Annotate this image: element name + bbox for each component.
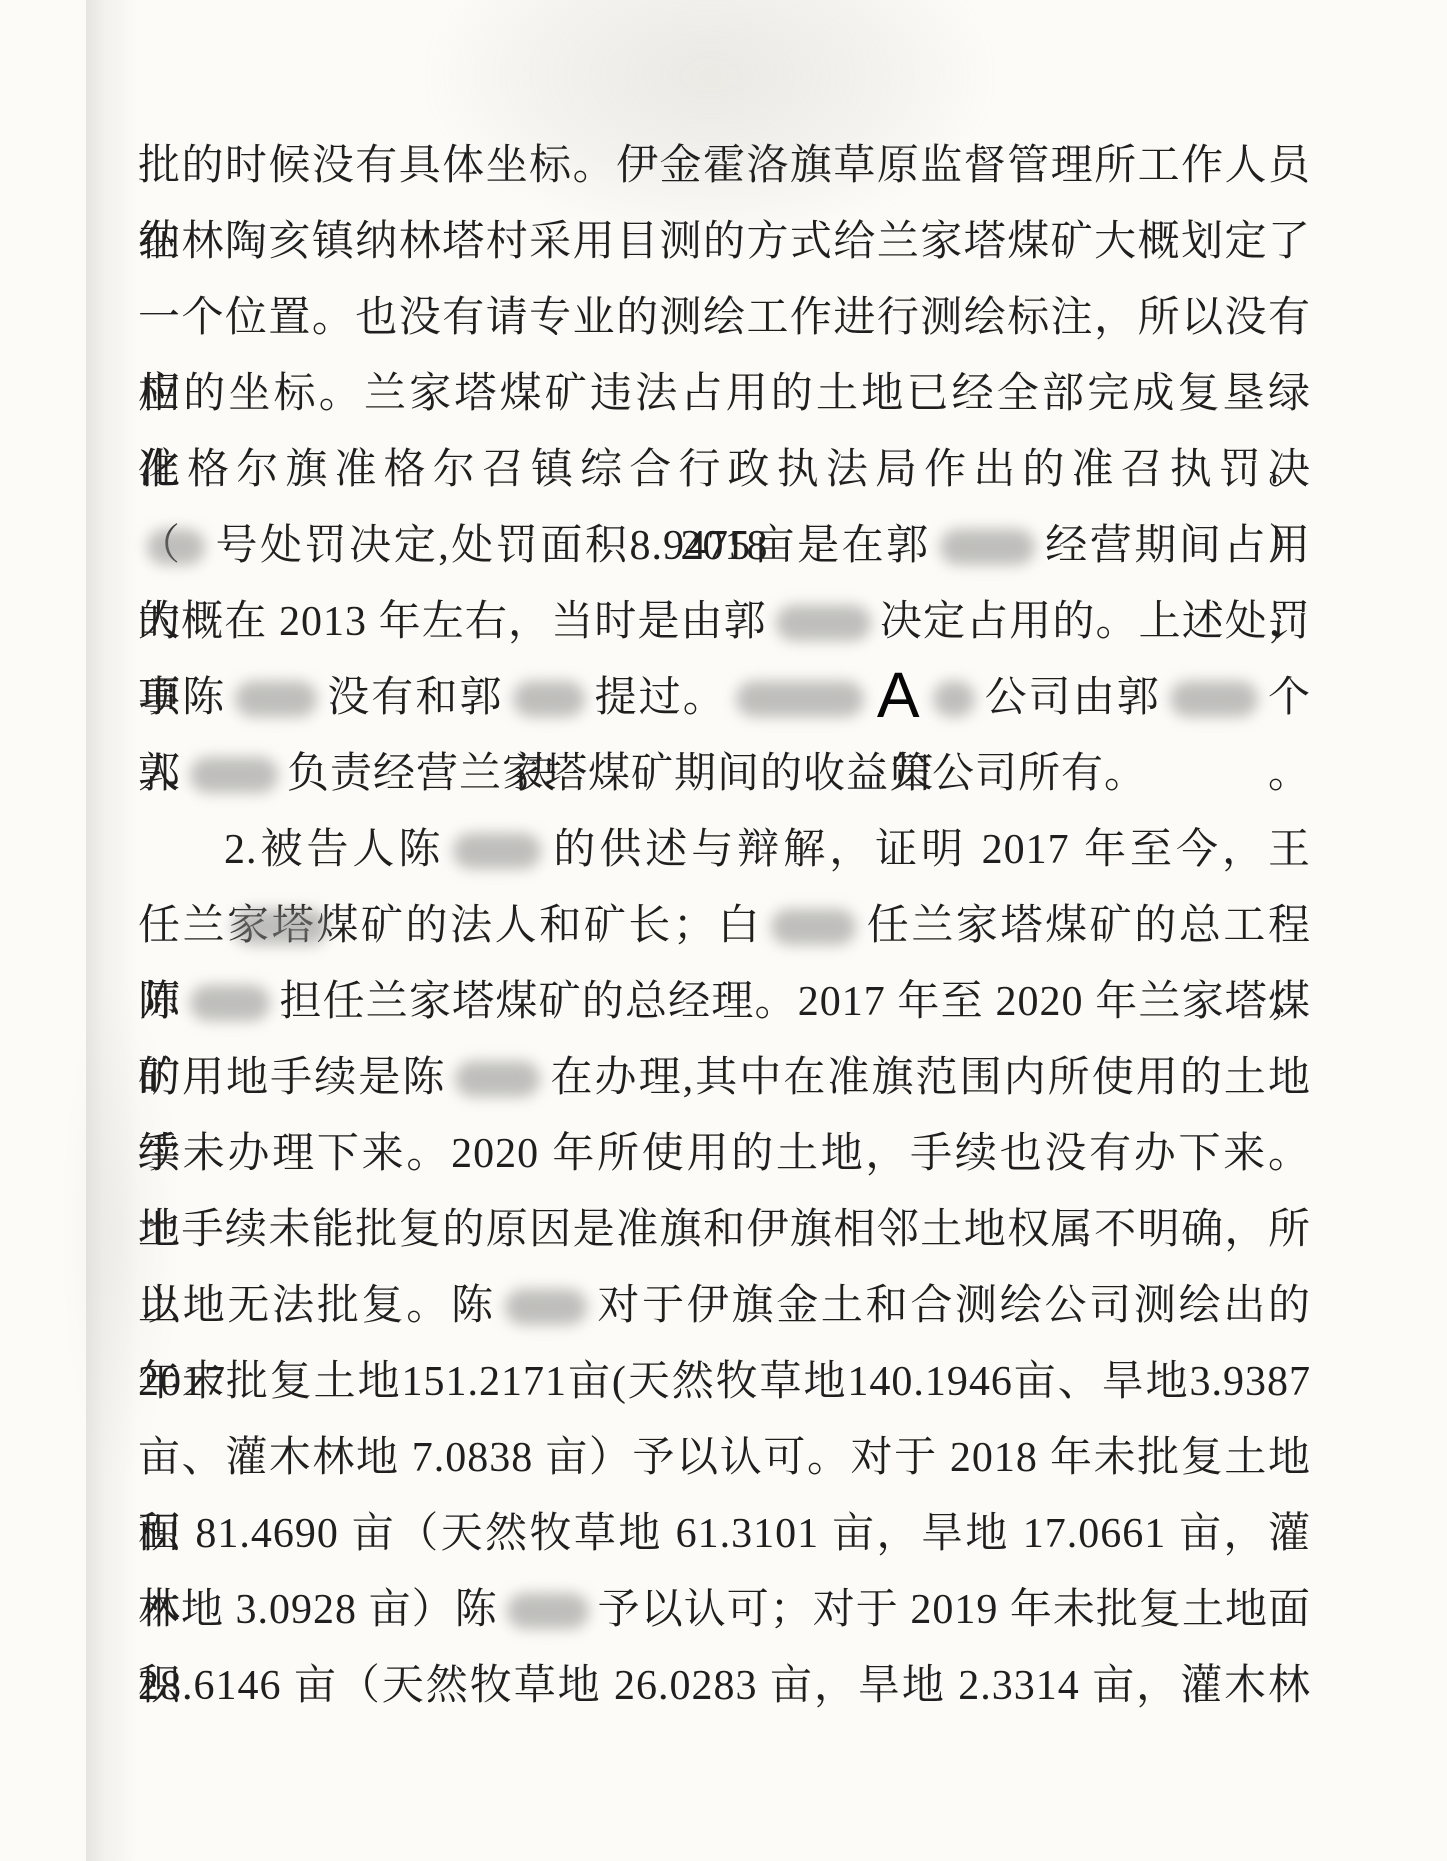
text-segment: 的用地手续是陈 <box>138 1055 446 1101</box>
redaction-blur <box>455 1061 540 1097</box>
redaction-blur <box>505 1289 587 1325</box>
text-line: 一个位置。也没有请专业的测绘工作进行测绘标注，所以没有相 <box>138 280 1311 356</box>
redaction-blur <box>147 529 205 565</box>
redaction-blur <box>933 681 975 717</box>
text-segment: 的供述与辩解，证明 2017 年至今，王 <box>550 827 1311 873</box>
text-line: 准格尔旗准格尔召镇综合行政执法局作出的准召执罚决（2018） <box>138 432 1311 508</box>
text-line: 项陈没有和郭提过。A公司由郭个人决策。 <box>138 660 1311 736</box>
text-line: 积 81.4690 亩（天然牧草地 61.3101 亩，旱地 17.0661 亩… <box>138 1496 1311 1572</box>
text-line: 郭负责经营兰家塔煤矿期间的收益归公司所有。 <box>138 736 1311 812</box>
text-segment: 年未批复土地151.2171亩(天然牧草地140.1946亩、旱地3.9387 <box>138 1359 1311 1405</box>
text-segment: 28.6146 亩（天然牧草地 26.0283 亩，旱地 2.3314 亩，灌木… <box>138 1663 1311 1709</box>
text-line: 应的坐标。兰家塔煤矿违法占用的土地已经全部完成复垦绿化。 <box>138 356 1311 432</box>
text-segment: 任兰家塔煤矿的法人和矿长；白 <box>138 903 762 949</box>
redaction-blur <box>453 833 541 869</box>
annotation-marker-a: A <box>873 659 924 731</box>
redaction-blur <box>235 681 317 717</box>
text-line: 号处罚决定,处罚面积8.9475亩是在郭经营期间占用的， <box>138 508 1311 584</box>
text-line: 年未批复土地151.2171亩(天然牧草地140.1946亩、旱地3.9387 <box>138 1344 1311 1420</box>
text-segment: 陈 <box>138 979 181 1025</box>
text-segment: 公司由郭 <box>984 675 1161 721</box>
redaction-blur <box>940 529 1035 565</box>
redaction-blur <box>1170 681 1258 717</box>
text-segment: 大概在 2013 年左右，当时是由郭 <box>138 599 767 645</box>
redaction-blur <box>190 757 278 793</box>
scanned-document-page: 批的时候没有具体坐标。伊金霍洛旗草原监督管理所工作人员在纳林陶亥镇纳林塔村采用目… <box>0 0 1447 1861</box>
redaction-blur <box>507 1593 589 1629</box>
text-line: 陈担任兰家塔煤矿的总经理。2017 年至 2020 年兰家塔煤矿 <box>138 964 1311 1040</box>
text-segment: 号处罚决定,处罚面积8.9475亩是在郭 <box>214 523 931 569</box>
text-line: 续未办理下来。2020 年所使用的土地，手续也没有办下来。土 <box>138 1116 1311 1192</box>
text-line: 28.6146 亩（天然牧草地 26.0283 亩，旱地 2.3314 亩，灌木… <box>138 1648 1311 1724</box>
redaction-blur <box>736 681 864 717</box>
redaction-blur <box>233 909 328 945</box>
text-line: 土地无法批复。陈对于伊旗金土和合测绘公司测绘出的2017 <box>138 1268 1311 1344</box>
redaction-blur <box>513 681 585 717</box>
text-line: 亩、灌木林地 7.0838 亩）予以认可。对于 2018 年未批复土地面 <box>138 1420 1311 1496</box>
text-segment: 负责经营兰家塔煤矿期间的收益归公司所有。 <box>287 751 1147 797</box>
text-line: 批的时候没有具体坐标。伊金霍洛旗草原监督管理所工作人员在 <box>138 128 1311 204</box>
text-segment: 林地 3.0928 亩）陈 <box>138 1587 498 1633</box>
redaction-blur <box>190 985 270 1021</box>
text-segment: 项陈 <box>138 675 226 721</box>
text-segment: 没有和郭 <box>326 675 503 721</box>
text-segment: 郭 <box>138 751 181 797</box>
text-line: 纳林陶亥镇纳林塔村采用目测的方式给兰家塔煤矿大概划定了 <box>138 204 1311 280</box>
text-segment: 纳林陶亥镇纳林塔村采用目测的方式给兰家塔煤矿大概划定了 <box>138 219 1311 265</box>
text-line: 的用地手续是陈在办理,其中在准旗范围内所使用的土地手 <box>138 1040 1311 1116</box>
text-line: 大概在 2013 年左右，当时是由郭决定占用的。上述处罚事 <box>138 584 1311 660</box>
text-segment: 提过。 <box>594 675 727 721</box>
text-line: 2.被告人陈的供述与辩解，证明 2017 年至今，王 <box>138 812 1311 888</box>
document-body: 批的时候没有具体坐标。伊金霍洛旗草原监督管理所工作人员在纳林陶亥镇纳林塔村采用目… <box>138 128 1311 1724</box>
text-line: 林地 3.0928 亩）陈予以认可；对于 2019 年未批复土地面积 <box>138 1572 1311 1648</box>
scan-edge-shadow <box>86 0 138 1861</box>
redaction-blur <box>771 909 856 945</box>
text-segment: 2.被告人陈 <box>224 827 444 873</box>
text-segment: 土地无法批复。陈 <box>138 1283 496 1329</box>
text-line: 地手续未能批复的原因是准旗和伊旗相邻土地权属不明确，所以 <box>138 1192 1311 1268</box>
redaction-blur <box>776 605 871 641</box>
